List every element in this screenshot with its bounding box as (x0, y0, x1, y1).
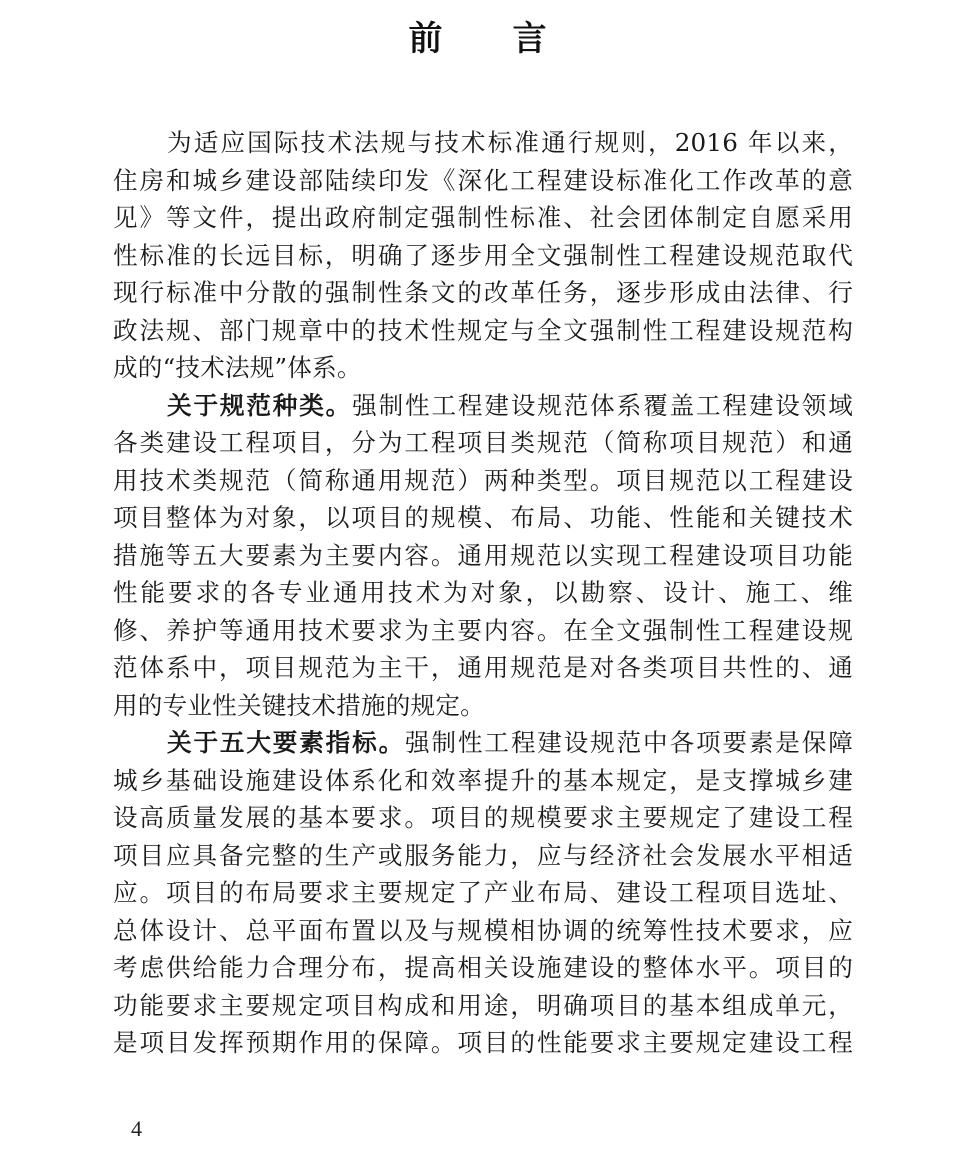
text-line: 关于五大要素指标。强制性工程建设规范中各项要素是保障 (113, 724, 853, 762)
page-title-char-1: 前 (409, 19, 443, 59)
text-line: 范体系中，项目规范为主干，通用规范是对各类项目共性的、通 (113, 649, 853, 687)
paragraph-lead-heading: 关于规范种类。 (167, 391, 352, 420)
text-line: 考虑供给能力合理分布，提高相关设施建设的整体水平。项目的 (113, 949, 853, 987)
text-line-rest: 强制性工程建设规范体系覆盖工程建设领域 (352, 391, 853, 420)
text-line: 项目整体为对象，以项目的规模、布局、功能、性能和关键技术 (113, 499, 853, 537)
text-line-rest: 强制性工程建设规范中各项要素是保障 (405, 728, 853, 757)
paragraph-spec-types: 关于规范种类。强制性工程建设规范体系覆盖工程建设领域 各类建设工程项目，分为工程… (113, 387, 853, 725)
text-line: 是项目发挥预期作用的保障。项目的性能要求主要规定建设工程 (113, 1024, 853, 1062)
text-line: 城乡基础设施建设体系化和效率提升的基本规定，是支撑城乡建 (113, 762, 853, 800)
text-line: 应。项目的布局要求主要规定了产业布局、建设工程项目选址、 (113, 874, 853, 912)
text-line: 用技术类规范（简称通用规范）两种类型。项目规范以工程建设 (113, 462, 853, 500)
text-line: 修、养护等通用技术要求为主要内容。在全文强制性工程建设规 (113, 612, 853, 650)
page-title: 前言 (0, 14, 955, 64)
text-line: 各类建设工程项目，分为工程项目类规范（简称项目规范）和通 (113, 424, 853, 462)
paragraph-intro: 为适应国际技术法规与技术标准通行规则，2016 年以来， 住房和城乡建设部陆续印… (113, 124, 853, 387)
text-line: 住房和城乡建设部陆续印发《深化工程建设标准化工作改革的意 (113, 162, 853, 200)
text-line: 关于规范种类。强制性工程建设规范体系覆盖工程建设领域 (113, 387, 853, 425)
text-line: 设高质量发展的基本要求。项目的规模要求主要规定了建设工程 (113, 799, 853, 837)
text-line: 性标准的长远目标，明确了逐步用全文强制性工程建设规范取代 (113, 237, 853, 275)
text-line: 现行标准中分散的强制性条文的改革任务，逐步形成由法律、行 (113, 274, 853, 312)
text-line: 政法规、部门规章中的技术性规定与全文强制性工程建设规范构 (113, 312, 853, 350)
text-line: 用的专业性关键技术措施的规定。 (113, 687, 853, 725)
page-number: 4 (131, 1116, 142, 1142)
text-line: 项目应具备完整的生产或服务能力，应与经济社会发展水平相适 (113, 837, 853, 875)
text-line: 见》等文件，提出政府制定强制性标准、社会团体制定自愿采用 (113, 199, 853, 237)
paragraph-lead-heading: 关于五大要素指标。 (167, 728, 405, 757)
text-line: 为适应国际技术法规与技术标准通行规则，2016 年以来， (113, 124, 853, 162)
text-line: 功能要求主要规定项目构成和用途，明确项目的基本组成单元， (113, 987, 853, 1025)
document-body: 为适应国际技术法规与技术标准通行规则，2016 年以来， 住房和城乡建设部陆续印… (113, 124, 853, 1062)
page-title-char-2: 言 (513, 19, 547, 59)
text-line: 成的“技术法规”体系。 (113, 349, 853, 387)
paragraph-five-elements: 关于五大要素指标。强制性工程建设规范中各项要素是保障 城乡基础设施建设体系化和效… (113, 724, 853, 1062)
text-line: 措施等五大要素为主要内容。通用规范以实现工程建设项目功能 (113, 537, 853, 575)
text-line: 总体设计、总平面布置以及与规模相协调的统筹性技术要求，应 (113, 912, 853, 950)
text-line: 性能要求的各专业通用技术为对象，以勘察、设计、施工、维 (113, 574, 853, 612)
